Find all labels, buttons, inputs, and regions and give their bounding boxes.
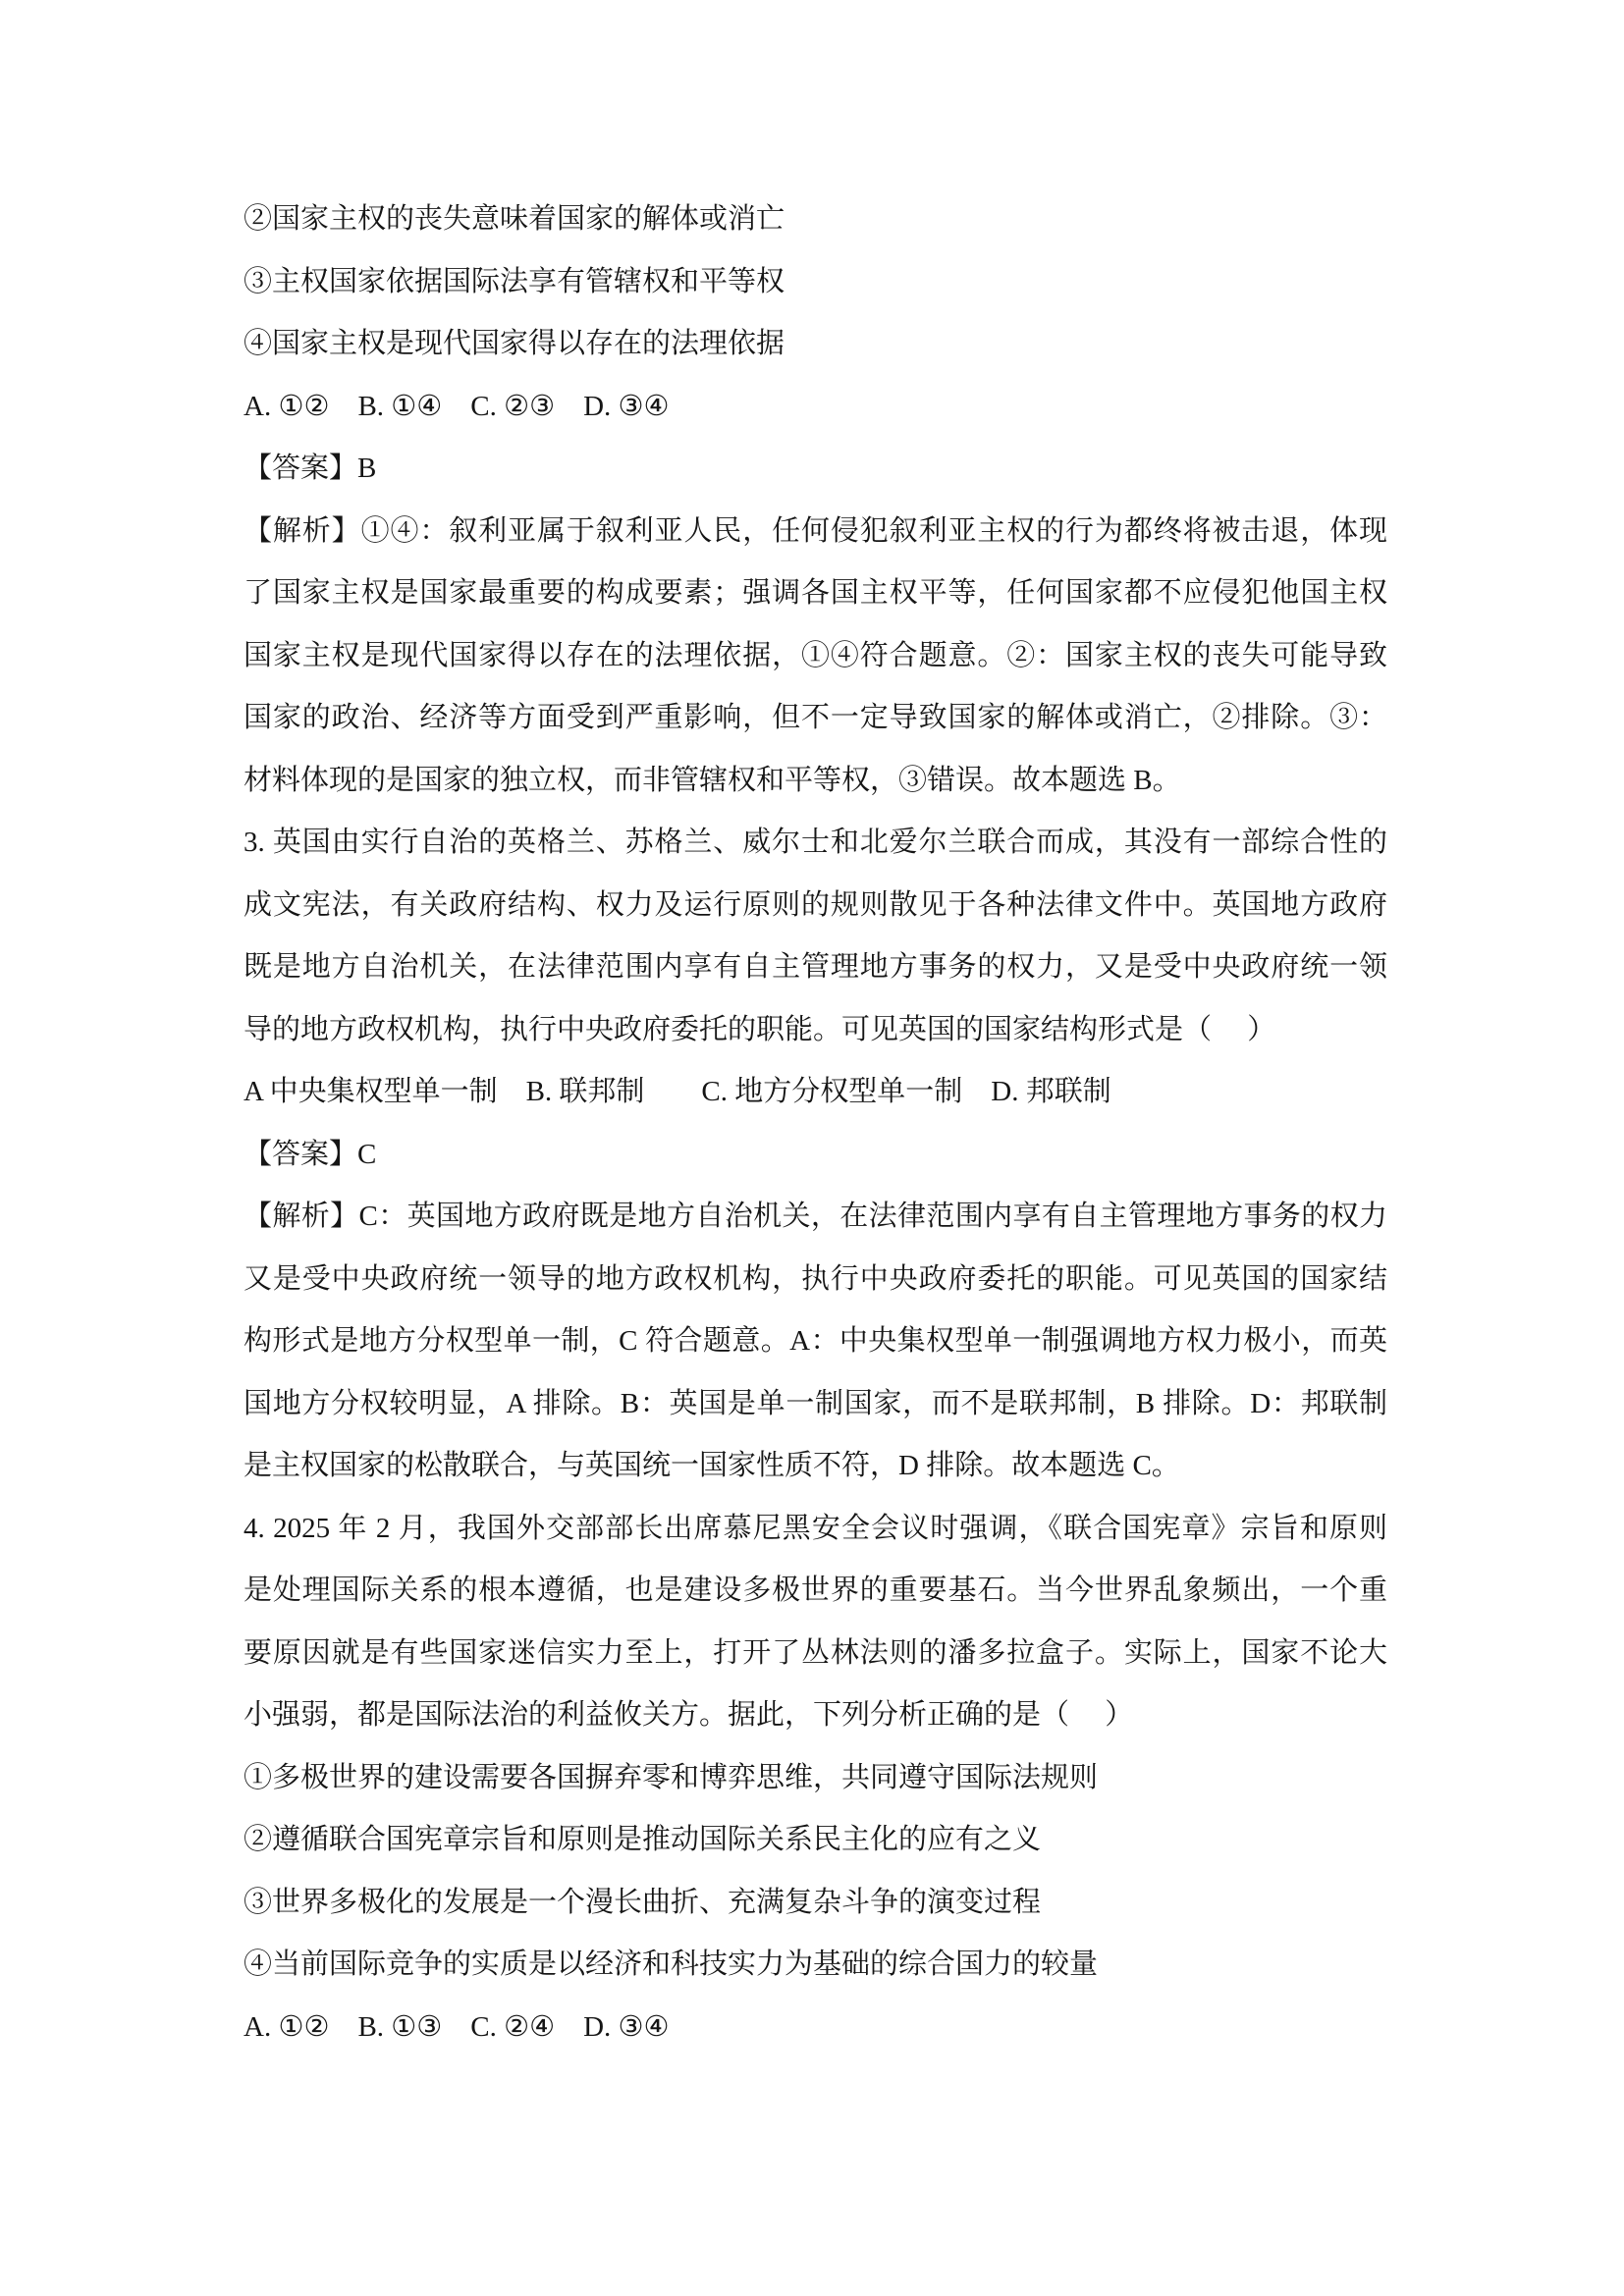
q3-analysis-line-4: 国地方分权较明显，A 排除。B：英国是单一制国家，而不是联邦制，B 排除。D：邦… [244, 1373, 1387, 1436]
q3-stem-line-4: 导的地方政权机构，执行中央政府委托的职能。可见英国的国家结构形式是（ ） [244, 999, 1387, 1062]
q4-item-1: ①多极世界的建设需要各国摒弃零和博弈思维，共同遵守国际法规则 [244, 1747, 1387, 1810]
q4-item-3: ③世界多极化的发展是一个漫长曲折、充满复杂斗争的演变过程 [244, 1872, 1387, 1935]
document-page: ②国家主权的丧失意味着国家的解体或消亡 ③主权国家依据国际法享有管辖权和平等权 … [0, 0, 1624, 2296]
q4-stem-line-3: 要原因就是有些国家迷信实力至上，打开了丛林法则的潘多拉盒子。实际上，国家不论大 [244, 1623, 1387, 1685]
q4-item-4: ④当前国际竞争的实质是以经济和科技实力为基础的综合国力的较量 [244, 1934, 1387, 1997]
q2-answer: 【答案】B [244, 438, 1387, 501]
q2-item-2: ②国家主权的丧失意味着国家的解体或消亡 [244, 188, 1387, 251]
q3-options: A 中央集权型单一制 B. 联邦制 C. 地方分权型单一制 D. 邦联制 [244, 1061, 1387, 1124]
q4-stem-line-1: 4. 2025 年 2 月，我国外交部部长出席慕尼黑安全会议时强调，《联合国宪章… [244, 1498, 1387, 1561]
q3-analysis-line-2: 又是受中央政府统一领导的地方政权机构，执行中央政府委托的职能。可见英国的国家结 [244, 1249, 1387, 1311]
q3-answer: 【答案】C [244, 1124, 1387, 1187]
q2-analysis-line-3: 国家主权是现代国家得以存在的法理依据，①④符合题意。②：国家主权的丧失可能导致 [244, 625, 1387, 688]
q2-analysis-line-2: 了国家主权是国家最重要的构成要素；强调各国主权平等，任何国家都不应侵犯他国主权 [244, 562, 1387, 625]
q3-analysis-line-3: 构形式是地方分权型单一制，C 符合题意。A：中央集权型单一制强调地方权力极小，而… [244, 1310, 1387, 1373]
q2-item-4: ④国家主权是现代国家得以存在的法理依据 [244, 313, 1387, 376]
q3-analysis-line-1: 【解析】C：英国地方政府既是地方自治机关，在法律范围内享有自主管理地方事务的权力 [244, 1186, 1387, 1249]
q3-stem-line-2: 成文宪法，有关政府结构、权力及运行原则的规则散见于各种法律文件中。英国地方政府 [244, 875, 1387, 937]
q2-item-3: ③主权国家依据国际法享有管辖权和平等权 [244, 251, 1387, 314]
q4-stem-line-4: 小强弱，都是国际法治的利益攸关方。据此，下列分析正确的是（ ） [244, 1684, 1387, 1747]
q4-stem-line-2: 是处理国际关系的根本遵循，也是建设多极世界的重要基石。当今世界乱象频出，一个重 [244, 1560, 1387, 1623]
q3-stem-line-3: 既是地方自治机关，在法律范围内享有自主管理地方事务的权力，又是受中央政府统一领 [244, 936, 1387, 999]
q4-options: A. ①② B. ①③ C. ②④ D. ③④ [244, 1997, 1387, 2059]
q2-options: A. ①② B. ①④ C. ②③ D. ③④ [244, 376, 1387, 439]
q2-analysis-line-1: 【解析】①④：叙利亚属于叙利亚人民，任何侵犯叙利亚主权的行为都终将被击退，体现 [244, 501, 1387, 563]
q4-item-2: ②遵循联合国宪章宗旨和原则是推动国际关系民主化的应有之义 [244, 1809, 1387, 1872]
q2-analysis-line-5: 材料体现的是国家的独立权，而非管辖权和平等权，③错误。故本题选 B。 [244, 750, 1387, 813]
q3-analysis-line-5: 是主权国家的松散联合，与英国统一国家性质不符，D 排除。故本题选 C。 [244, 1435, 1387, 1498]
q2-analysis-line-4: 国家的政治、经济等方面受到严重影响，但不一定导致国家的解体或消亡，②排除。③： [244, 687, 1387, 750]
q3-stem-line-1: 3. 英国由实行自治的英格兰、苏格兰、威尔士和北爱尔兰联合而成，其没有一部综合性… [244, 812, 1387, 875]
